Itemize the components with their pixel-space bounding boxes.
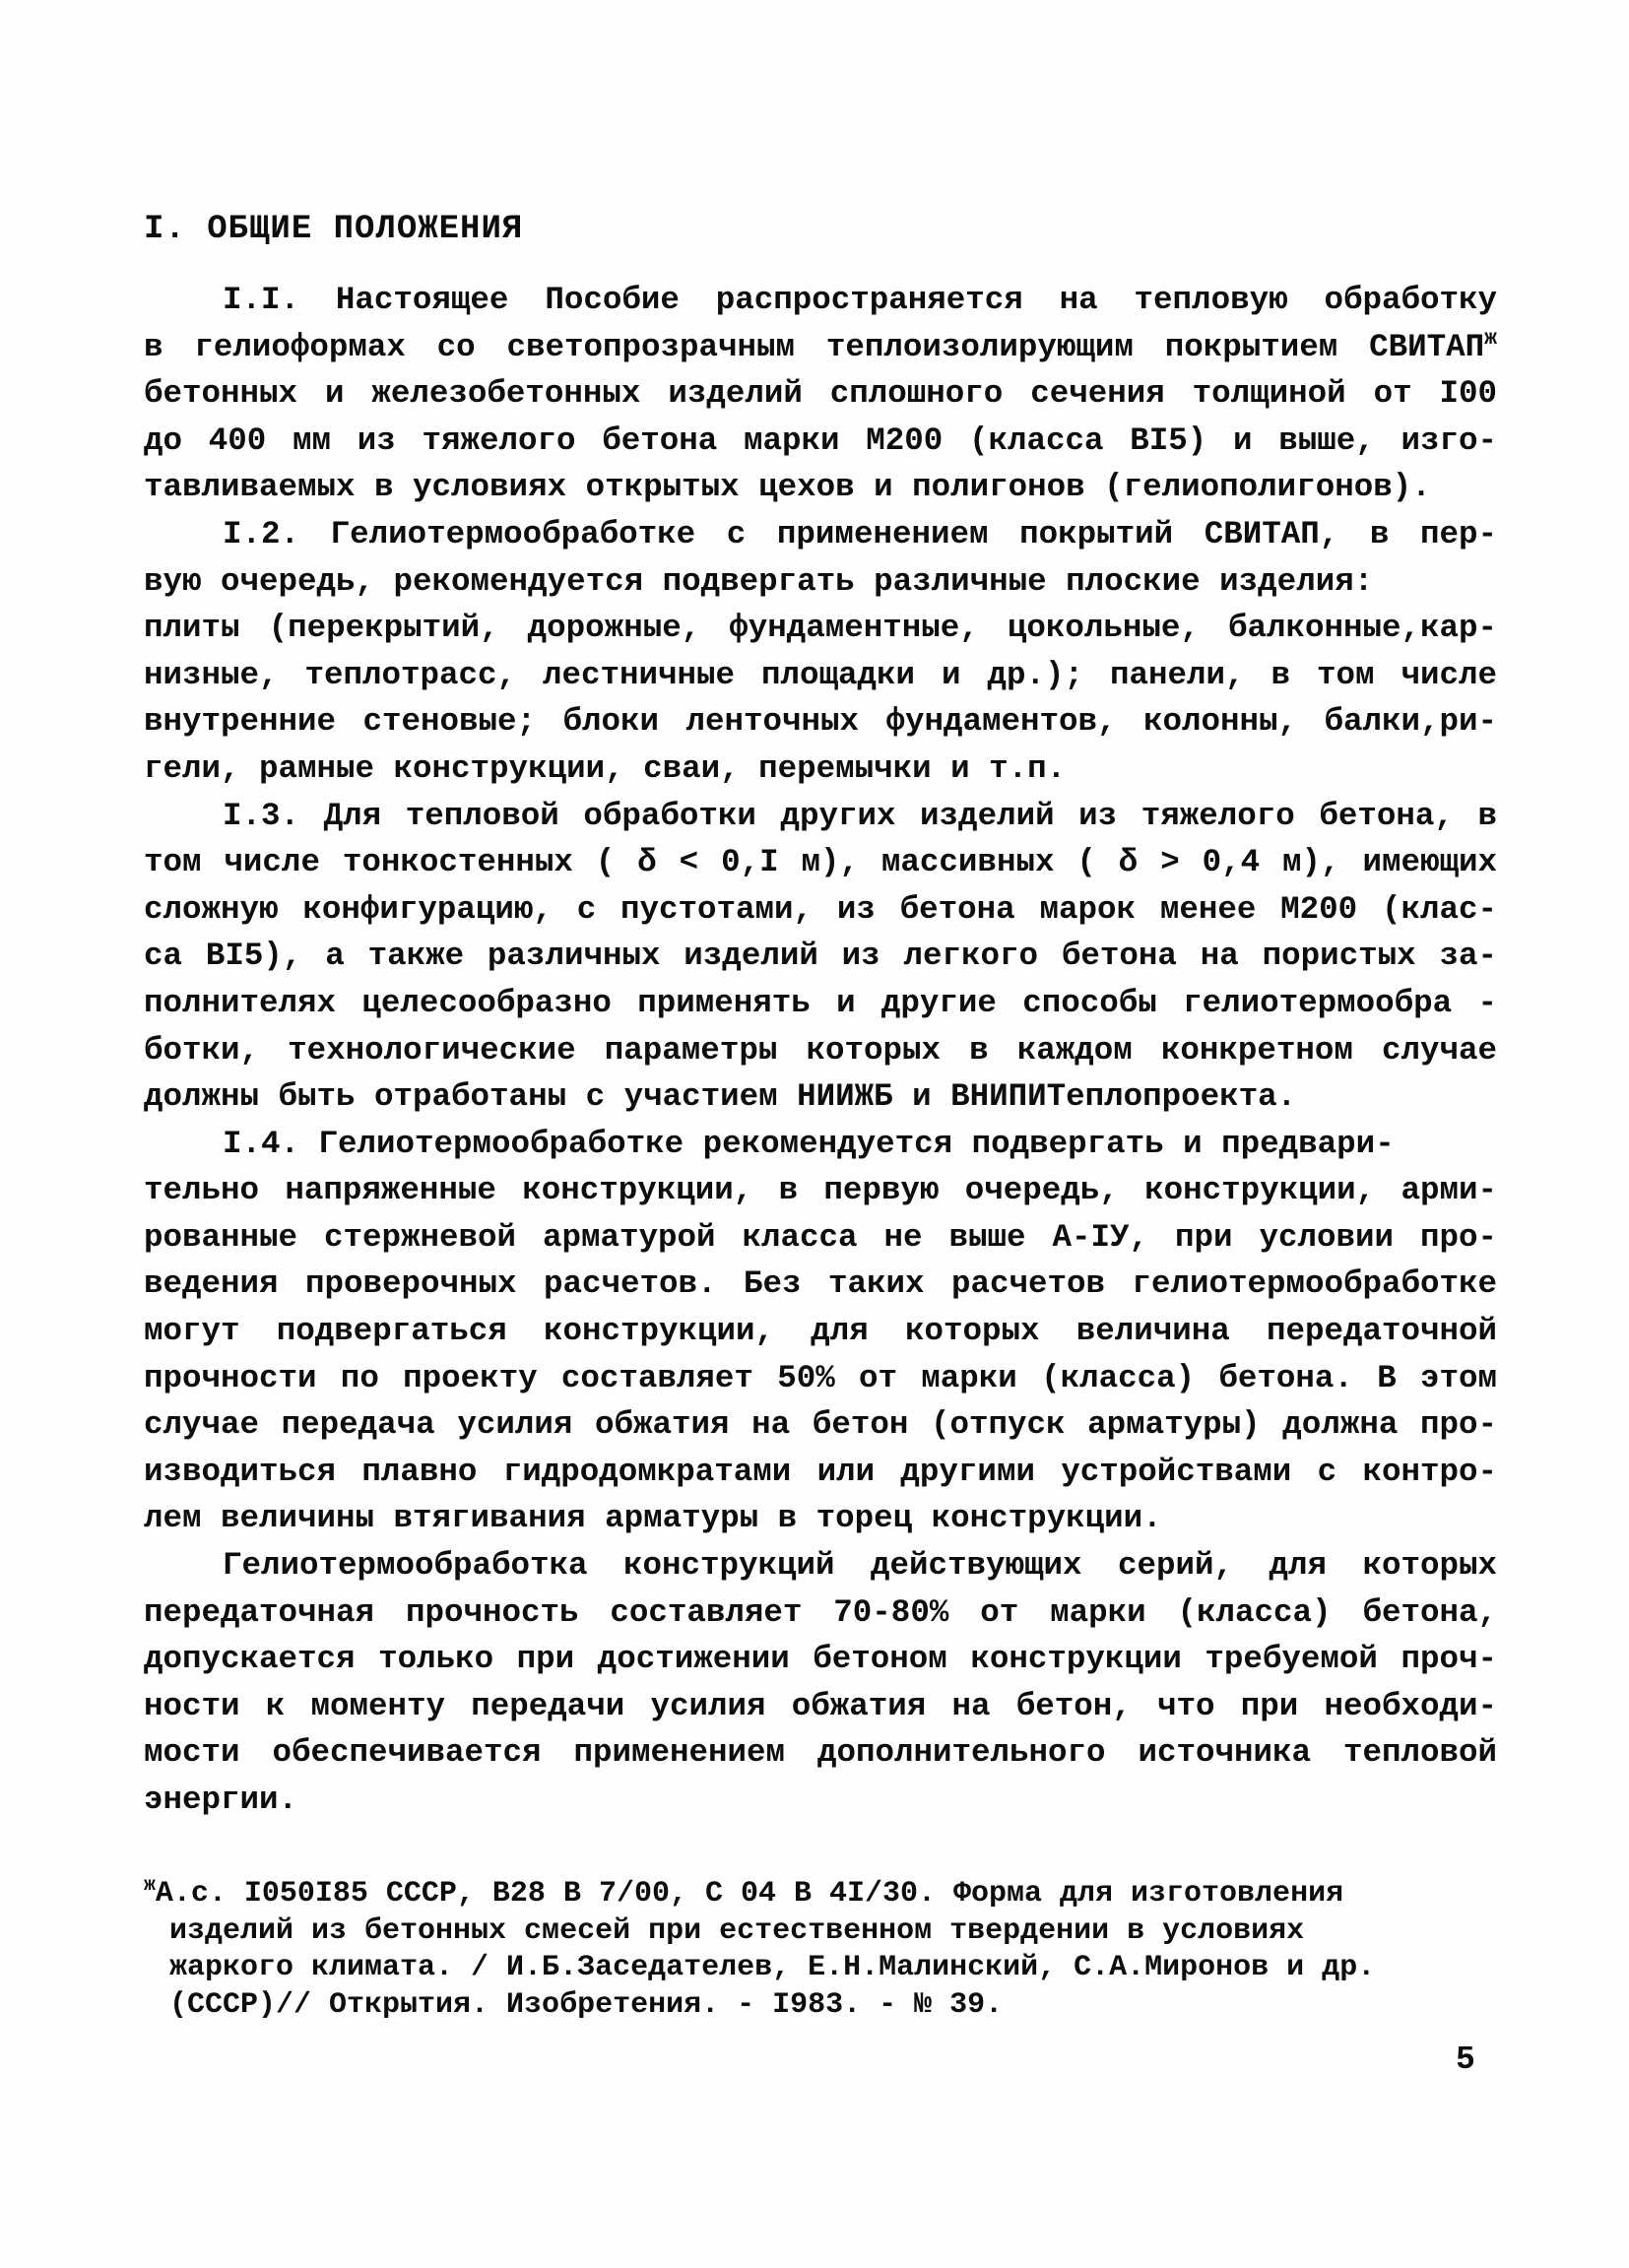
text-line: допускается только при достижении бетоно… — [144, 1636, 1497, 1683]
line-text: могут подвергаться конструкции, для кото… — [144, 1313, 1497, 1349]
page-number: 5 — [1456, 2041, 1475, 2080]
line-text: вую очередь, рекомендуется подвергать ра… — [144, 563, 1373, 600]
text-line: тавливаемых в условиях открытых цехов и … — [144, 464, 1497, 511]
text-line: I.I. Настоящее Пособие распространяется … — [144, 277, 1497, 324]
text-line: лем величины втягивания арматуры в торец… — [144, 1495, 1497, 1542]
line-text: полнителях целесообразно применять и дру… — [144, 985, 1497, 1021]
scanned-document-page: I. ОБЩИЕ ПОЛОЖЕНИЯ I.I. Настоящее Пособи… — [0, 0, 1629, 2268]
line-text: мости обеспечивается применением дополни… — [144, 1734, 1497, 1771]
text-line: должны быть отработаны с участием НИИЖБ … — [144, 1073, 1497, 1121]
footnote-marker: ж — [144, 1874, 156, 1896]
line-text: должны быть отработаны с участием НИИЖБ … — [144, 1078, 1296, 1115]
footnote: жА.с. I050I85 СССР, В28 В 7/00, С 04 В 4… — [144, 1876, 1468, 2024]
text-line: ности к моменту передачи усилия обжатия … — [144, 1683, 1497, 1730]
text-line: жаркого климата. / И.Б.Заседателев, Е.Н.… — [144, 1950, 1468, 1987]
line-text: энергии. — [144, 1782, 297, 1818]
line-text: изводиться плавно гидродомкратами или др… — [144, 1454, 1497, 1490]
text-line: (СССР)// Открытия. Изобретения. - I983. … — [144, 1987, 1468, 2025]
text-line: I.3. Для тепловой обработки других издел… — [144, 793, 1497, 840]
line-text: бетонных и железобетонных изделий сплошн… — [144, 375, 1497, 412]
text-line: ведения проверочных расчетов. Без таких … — [144, 1261, 1497, 1308]
line-text: низные, теплотрасс, лестничные площадки … — [144, 657, 1497, 693]
line-text: жаркого климата. / И.Б.Заседателев, Е.Н.… — [169, 1951, 1375, 1984]
text-line: изделий из бетонных смесей при естествен… — [144, 1913, 1468, 1951]
line-text: случае передача усилия обжатия на бетон … — [144, 1406, 1497, 1443]
text-line: до 400 мм из тяжелого бетона марки М200 … — [144, 418, 1497, 465]
line-text: I.2. Гелиотермообработке с применением п… — [223, 516, 1497, 552]
text-line: сложную конфигурацию, с пустотами, из бе… — [144, 886, 1497, 934]
text-line: передаточная прочность составляет 70-80%… — [144, 1589, 1497, 1637]
text-line: энергии. — [144, 1777, 1497, 1824]
line-text: рованные стержневой арматурой класса не … — [144, 1219, 1497, 1256]
text-line: низные, теплотрасс, лестничные площадки … — [144, 652, 1497, 699]
line-text: изделий из бетонных смесей при естествен… — [169, 1914, 1304, 1948]
line-text: том числе тонкостенных ( δ < 0,I м), мас… — [144, 844, 1497, 880]
line-text: тельно напряженные конструкции, в первую… — [144, 1172, 1497, 1208]
text-line: случае передача усилия обжатия на бетон … — [144, 1401, 1497, 1449]
text-line: I.2. Гелиотермообработке с применением п… — [144, 511, 1497, 558]
line-text: I.3. Для тепловой обработки других издел… — [223, 798, 1497, 834]
text-line: ботки, технологические параметры которых… — [144, 1027, 1497, 1074]
line-text: I.4. Гелиотермообработке рекомендуется п… — [223, 1126, 1395, 1162]
line-text: до 400 мм из тяжелого бетона марки М200 … — [144, 422, 1497, 459]
text-line: внутренние стеновые; блоки ленточных фун… — [144, 698, 1497, 745]
line-text: А.с. I050I85 СССР, В28 В 7/00, С 04 В 4I… — [156, 1877, 1343, 1911]
text-line: полнителях целесообразно применять и дру… — [144, 980, 1497, 1027]
document-body: I.I. Настоящее Пособие распространяется … — [144, 277, 1497, 1824]
text-line: рованные стержневой арматурой класса не … — [144, 1214, 1497, 1262]
text-line: могут подвергаться конструкции, для кото… — [144, 1308, 1497, 1355]
line-text: I.I. Настоящее Пособие распространяется … — [223, 282, 1497, 318]
text-line: изводиться плавно гидродомкратами или др… — [144, 1449, 1497, 1496]
line-text: Гелиотермообработка конструкций действую… — [223, 1547, 1497, 1584]
text-line: плиты (перекрытий, дорожные, фундаментны… — [144, 605, 1497, 652]
text-line: гели, рамные конструкции, сваи, перемычк… — [144, 745, 1497, 793]
line-text: в гелиоформах со светопрозрачным теплоиз… — [144, 329, 1484, 365]
text-line: са ВI5), а также различных изделий из ле… — [144, 933, 1497, 980]
text-line: том числе тонкостенных ( δ < 0,I м), мас… — [144, 839, 1497, 886]
text-line: I.4. Гелиотермообработке рекомендуется п… — [144, 1121, 1497, 1168]
section-heading: I. ОБЩИЕ ПОЛОЖЕНИЯ — [144, 207, 523, 253]
text-line: мости обеспечивается применением дополни… — [144, 1729, 1497, 1777]
footnote-reference-marker: ж — [1484, 327, 1497, 351]
text-line: прочности по проекту составляет 50% от м… — [144, 1355, 1497, 1402]
text-line: тельно напряженные конструкции, в первую… — [144, 1167, 1497, 1214]
line-text: допускается только при достижении бетоно… — [144, 1641, 1497, 1677]
line-text: ведения проверочных расчетов. Без таких … — [144, 1265, 1497, 1302]
line-text: тавливаемых в условиях открытых цехов и … — [144, 469, 1431, 505]
text-line: бетонных и железобетонных изделий сплошн… — [144, 370, 1497, 418]
line-text: са ВI5), а также различных изделий из ле… — [144, 938, 1497, 974]
line-text: сложную конфигурацию, с пустотами, из бе… — [144, 891, 1497, 928]
text-line: в гелиоформах со светопрозрачным теплоиз… — [144, 324, 1497, 371]
line-text: гели, рамные конструкции, сваи, перемычк… — [144, 750, 1066, 787]
text-line: вую очередь, рекомендуется подвергать ра… — [144, 558, 1497, 606]
line-text: плиты (перекрытий, дорожные, фундаментны… — [144, 610, 1497, 646]
line-text: передаточная прочность составляет 70-80%… — [144, 1594, 1497, 1631]
line-text: ботки, технологические параметры которых… — [144, 1032, 1497, 1069]
line-text: внутренние стеновые; блоки ленточных фун… — [144, 703, 1497, 740]
text-line: жА.с. I050I85 СССР, В28 В 7/00, С 04 В 4… — [144, 1876, 1468, 1913]
line-text: лем величины втягивания арматуры в торец… — [144, 1500, 1162, 1536]
line-text: ности к моменту передачи усилия обжатия … — [144, 1688, 1497, 1724]
line-text: прочности по проекту составляет 50% от м… — [144, 1360, 1497, 1396]
text-line: Гелиотермообработка конструкций действую… — [144, 1542, 1497, 1589]
line-text: (СССР)// Открытия. Изобретения. - I983. … — [169, 1988, 1003, 2022]
